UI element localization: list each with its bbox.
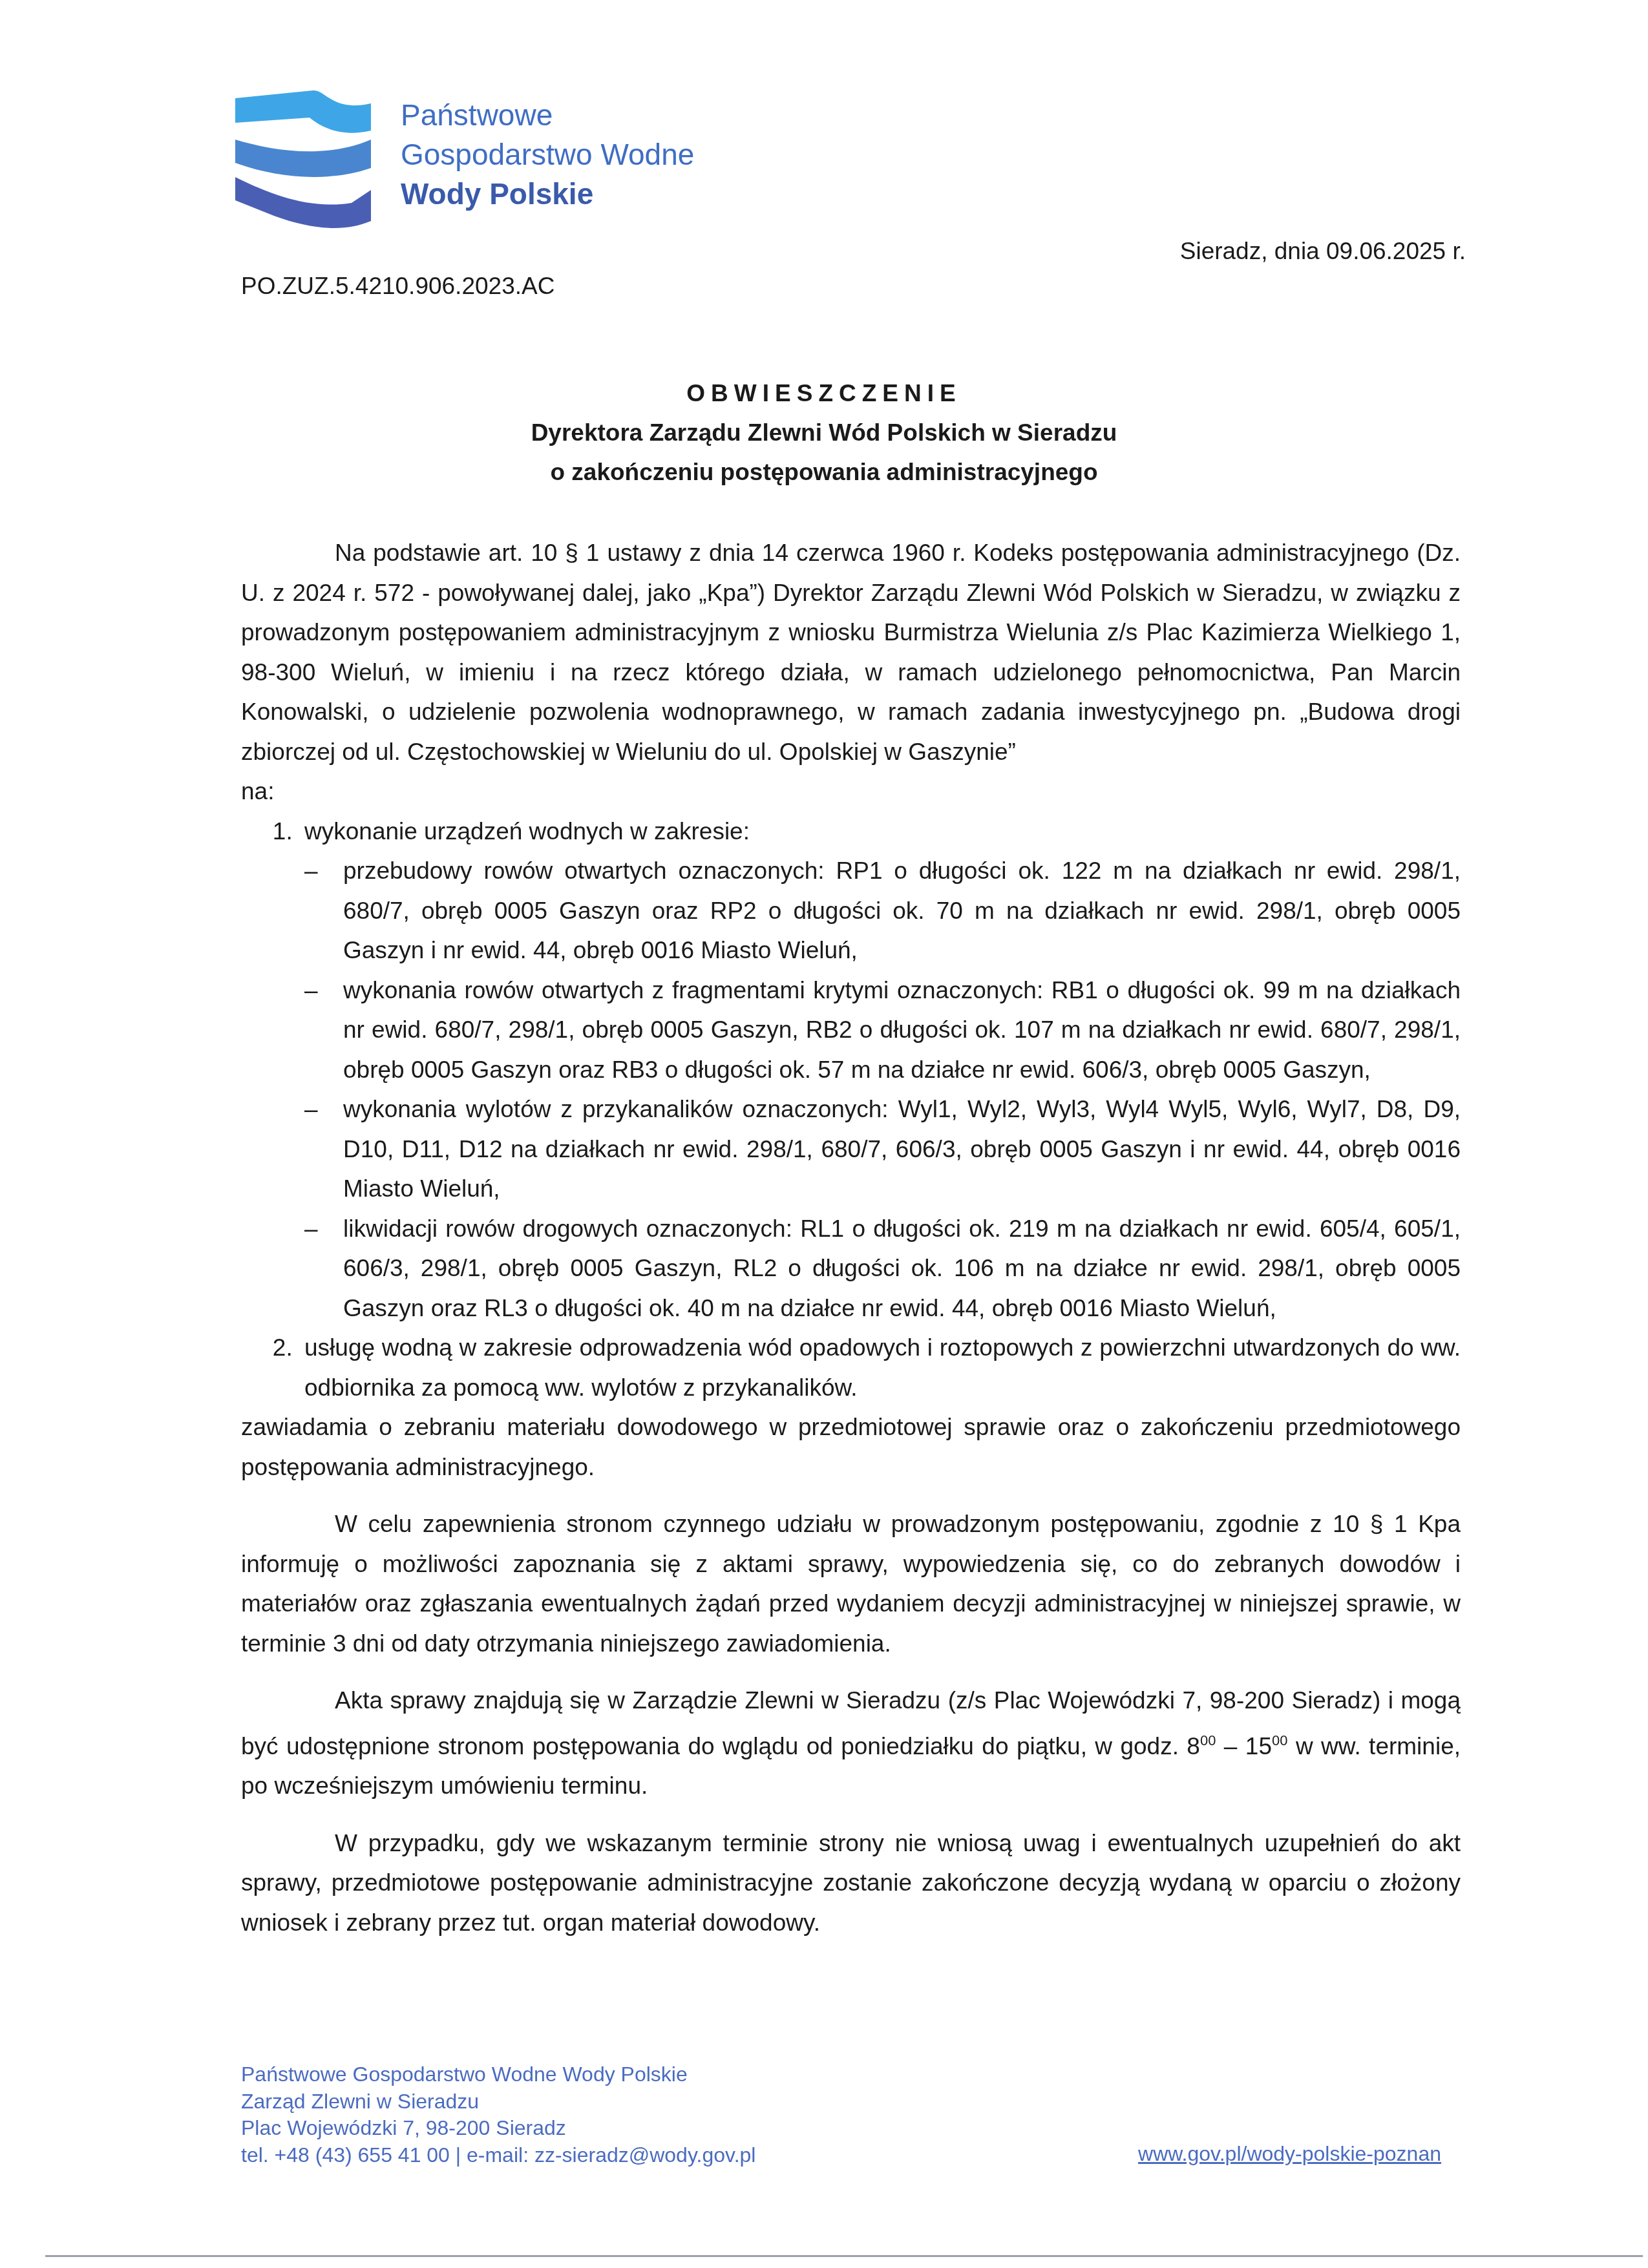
na-label: na: [241, 772, 1461, 812]
footer-office: Zarząd Zlewni w Sieradzu [241, 2088, 755, 2116]
scope-subitem: –wykonania wylotów z przykanalików oznac… [343, 1089, 1461, 1209]
reference-number: PO.ZUZ.5.4210.906.2023.AC [241, 273, 555, 300]
conclusion-paragraph: zawiadamia o zebraniu materiału dowodowe… [241, 1407, 1461, 1487]
hour-to-superscript: 00 [1272, 1732, 1287, 1748]
dash-bullet-icon: – [304, 851, 318, 891]
scope-list: wykonanie urządzeń wodnych w zakresie: –… [241, 812, 1461, 1408]
dash-bullet-icon: – [304, 1089, 318, 1129]
footer-org-name: Państwowe Gospodarstwo Wodne Wody Polski… [241, 2061, 755, 2088]
logo-line-1: Państwowe [401, 96, 694, 135]
scope-subitem: –likwidacji rowów drogowych oznaczonych:… [343, 1209, 1461, 1328]
dash-bullet-icon: – [304, 971, 318, 1011]
footer-street: Plac Wojewódzki 7, 98-200 Sieradz [241, 2115, 755, 2142]
final-paragraph: W przypadku, gdy we wskazanym terminie s… [241, 1823, 1461, 1943]
document-page: Państwowe Gospodarstwo Wodne Wody Polski… [0, 0, 1648, 2268]
participation-paragraph: W celu zapewnienia stronom czynnego udzi… [241, 1504, 1461, 1663]
footer-address: Państwowe Gospodarstwo Wodne Wody Polski… [241, 2061, 755, 2168]
logo-line-3: Wody Polskie [401, 174, 694, 214]
document-body: Na podstawie art. 10 § 1 ustawy z dnia 1… [241, 533, 1461, 1942]
title-block: OBWIESZCZENIE Dyrektora Zarządu Zlewni W… [0, 373, 1648, 492]
footer-website-link[interactable]: www.gov.pl/wody-polskie-poznan [1138, 2142, 1441, 2166]
scope-item-label: usługę wodną w zakresie odprowadzenia wó… [304, 1334, 1461, 1401]
document-date: Sieradz, dnia 09.06.2025 r. [1180, 238, 1466, 265]
scope-subitem: –przebudowy rowów otwartych oznaczonych:… [343, 851, 1461, 971]
scope-item-1: wykonanie urządzeń wodnych w zakresie: –… [299, 812, 1461, 1328]
case-files-paragraph: Akta sprawy znajdują się w Zarządzie Zle… [241, 1681, 1461, 1806]
document-subtitle-1: Dyrektora Zarządu Zlewni Wód Polskich w … [0, 413, 1648, 452]
logo-line-2: Gospodarstwo Wodne [401, 135, 694, 174]
page-edge-divider [45, 2255, 1643, 2257]
footer-contact: tel. +48 (43) 655 41 00 | e-mail: zz-sie… [241, 2142, 755, 2169]
scope-item-label: wykonanie urządzeń wodnych w zakresie: [304, 818, 750, 845]
wody-polskie-waves-logo-icon [235, 87, 377, 229]
intro-paragraph: Na podstawie art. 10 § 1 ustawy z dnia 1… [241, 533, 1461, 772]
scope-subitem: –wykonania rowów otwartych z fragmentami… [343, 971, 1461, 1090]
dash-bullet-icon: – [304, 1209, 318, 1249]
logo-wordmark: Państwowe Gospodarstwo Wodne Wody Polski… [401, 96, 694, 214]
document-subtitle-2: o zakończeniu postępowania administracyj… [0, 452, 1648, 492]
document-title: OBWIESZCZENIE [0, 373, 1648, 413]
scope-subitems: –przebudowy rowów otwartych oznaczonych:… [304, 851, 1461, 1328]
hour-from-superscript: 00 [1200, 1732, 1216, 1748]
scope-item-2: usługę wodną w zakresie odprowadzenia wó… [299, 1328, 1461, 1407]
